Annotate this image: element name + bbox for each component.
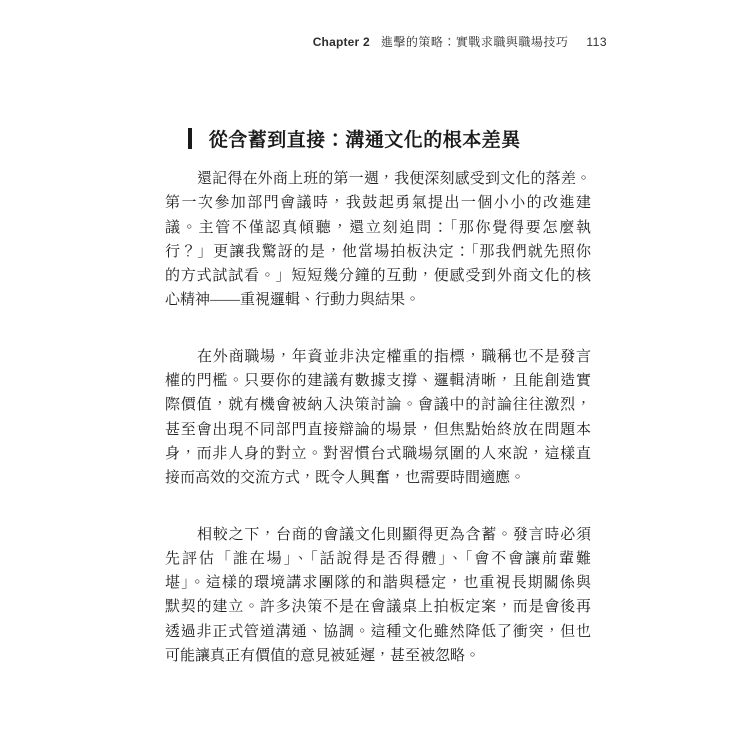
text-line: 先評估「誰在場」、「話說得是否得體」、「會不會讓前輩難 [165,547,591,571]
section-title: 從含蓄到直接：溝通文化的根本差異 [188,128,591,153]
text-line: 默契的建立。許多決策不是在會議桌上拍板定案，而是會後再 [165,595,591,619]
paragraph-3: 相較之下，台商的會議文化則顯得更為含蓄。發言時必須 先評估「誰在場」、「話說得是… [165,523,591,669]
text-line: 權的門檻。只要你的建議有數據支撐、邏輯清晰，且能創造實 [165,369,591,393]
text-line: 在外商職場，年資並非決定權重的指標，職稱也不是發言 [165,345,591,369]
text-line: 可能讓真正有價值的意見被延遲，甚至被忽略。 [165,644,591,668]
text-line: 的方式試試看。」短短幾分鐘的互動，便感受到外商文化的核 [165,264,591,288]
text-line: 議。主管不僅認真傾聽，還立刻追問：「那你覺得要怎麼執 [165,216,591,240]
page-content: 從含蓄到直接：溝通文化的根本差異 還記得在外商上班的第一週，我便深刻感受到文化的… [165,128,591,668]
text-line: 相較之下，台商的會議文化則顯得更為含蓄。發言時必須 [165,523,591,547]
text-line: 還記得在外商上班的第一週，我便深刻感受到文化的落差。 [165,167,591,191]
text-line: 堪」。這樣的環境講求團隊的和諧與穩定，也重視長期關係與 [165,571,591,595]
running-header: Chapter 2 進擊的策略：實戰求職與職場技巧 113 [0,35,607,50]
text-line: 接而高效的交流方式，既令人興奮，也需要時間適應。 [165,466,591,490]
chapter-label: Chapter 2 [313,35,370,50]
paragraph-2: 在外商職場，年資並非決定權重的指標，職稱也不是發言 權的門檻。只要你的建議有數據… [165,345,591,491]
paragraph-1: 還記得在外商上班的第一週，我便深刻感受到文化的落差。 第一次參加部門會議時，我鼓… [165,167,591,313]
text-line: 第一次參加部門會議時，我鼓起勇氣提出一個小小的改進建 [165,191,591,215]
chapter-title: 進擊的策略：實戰求職與職場技巧 [381,35,569,50]
title-accent-bar-icon [188,128,192,149]
book-page: Chapter 2 進擊的策略：實戰求職與職場技巧 113 從含蓄到直接：溝通文… [0,0,750,750]
page-number: 113 [586,35,607,50]
text-line: 身，而非人身的對立。對習慣台式職場氛圍的人來說，這樣直 [165,442,591,466]
text-line: 際價值，就有機會被納入決策討論。會議中的討論往往激烈， [165,393,591,417]
text-line: 心精神——重視邏輯、行動力與結果。 [165,288,591,312]
text-line: 行？」更讓我驚訝的是，他當場拍板決定：「那我們就先照你 [165,240,591,264]
text-line: 透過非正式管道溝通、協調。這種文化雖然降低了衝突，但也 [165,620,591,644]
text-line: 甚至會出現不同部門直接辯論的場景，但焦點始終放在問題本 [165,418,591,442]
section-title-text: 從含蓄到直接：溝通文化的根本差異 [209,130,521,151]
